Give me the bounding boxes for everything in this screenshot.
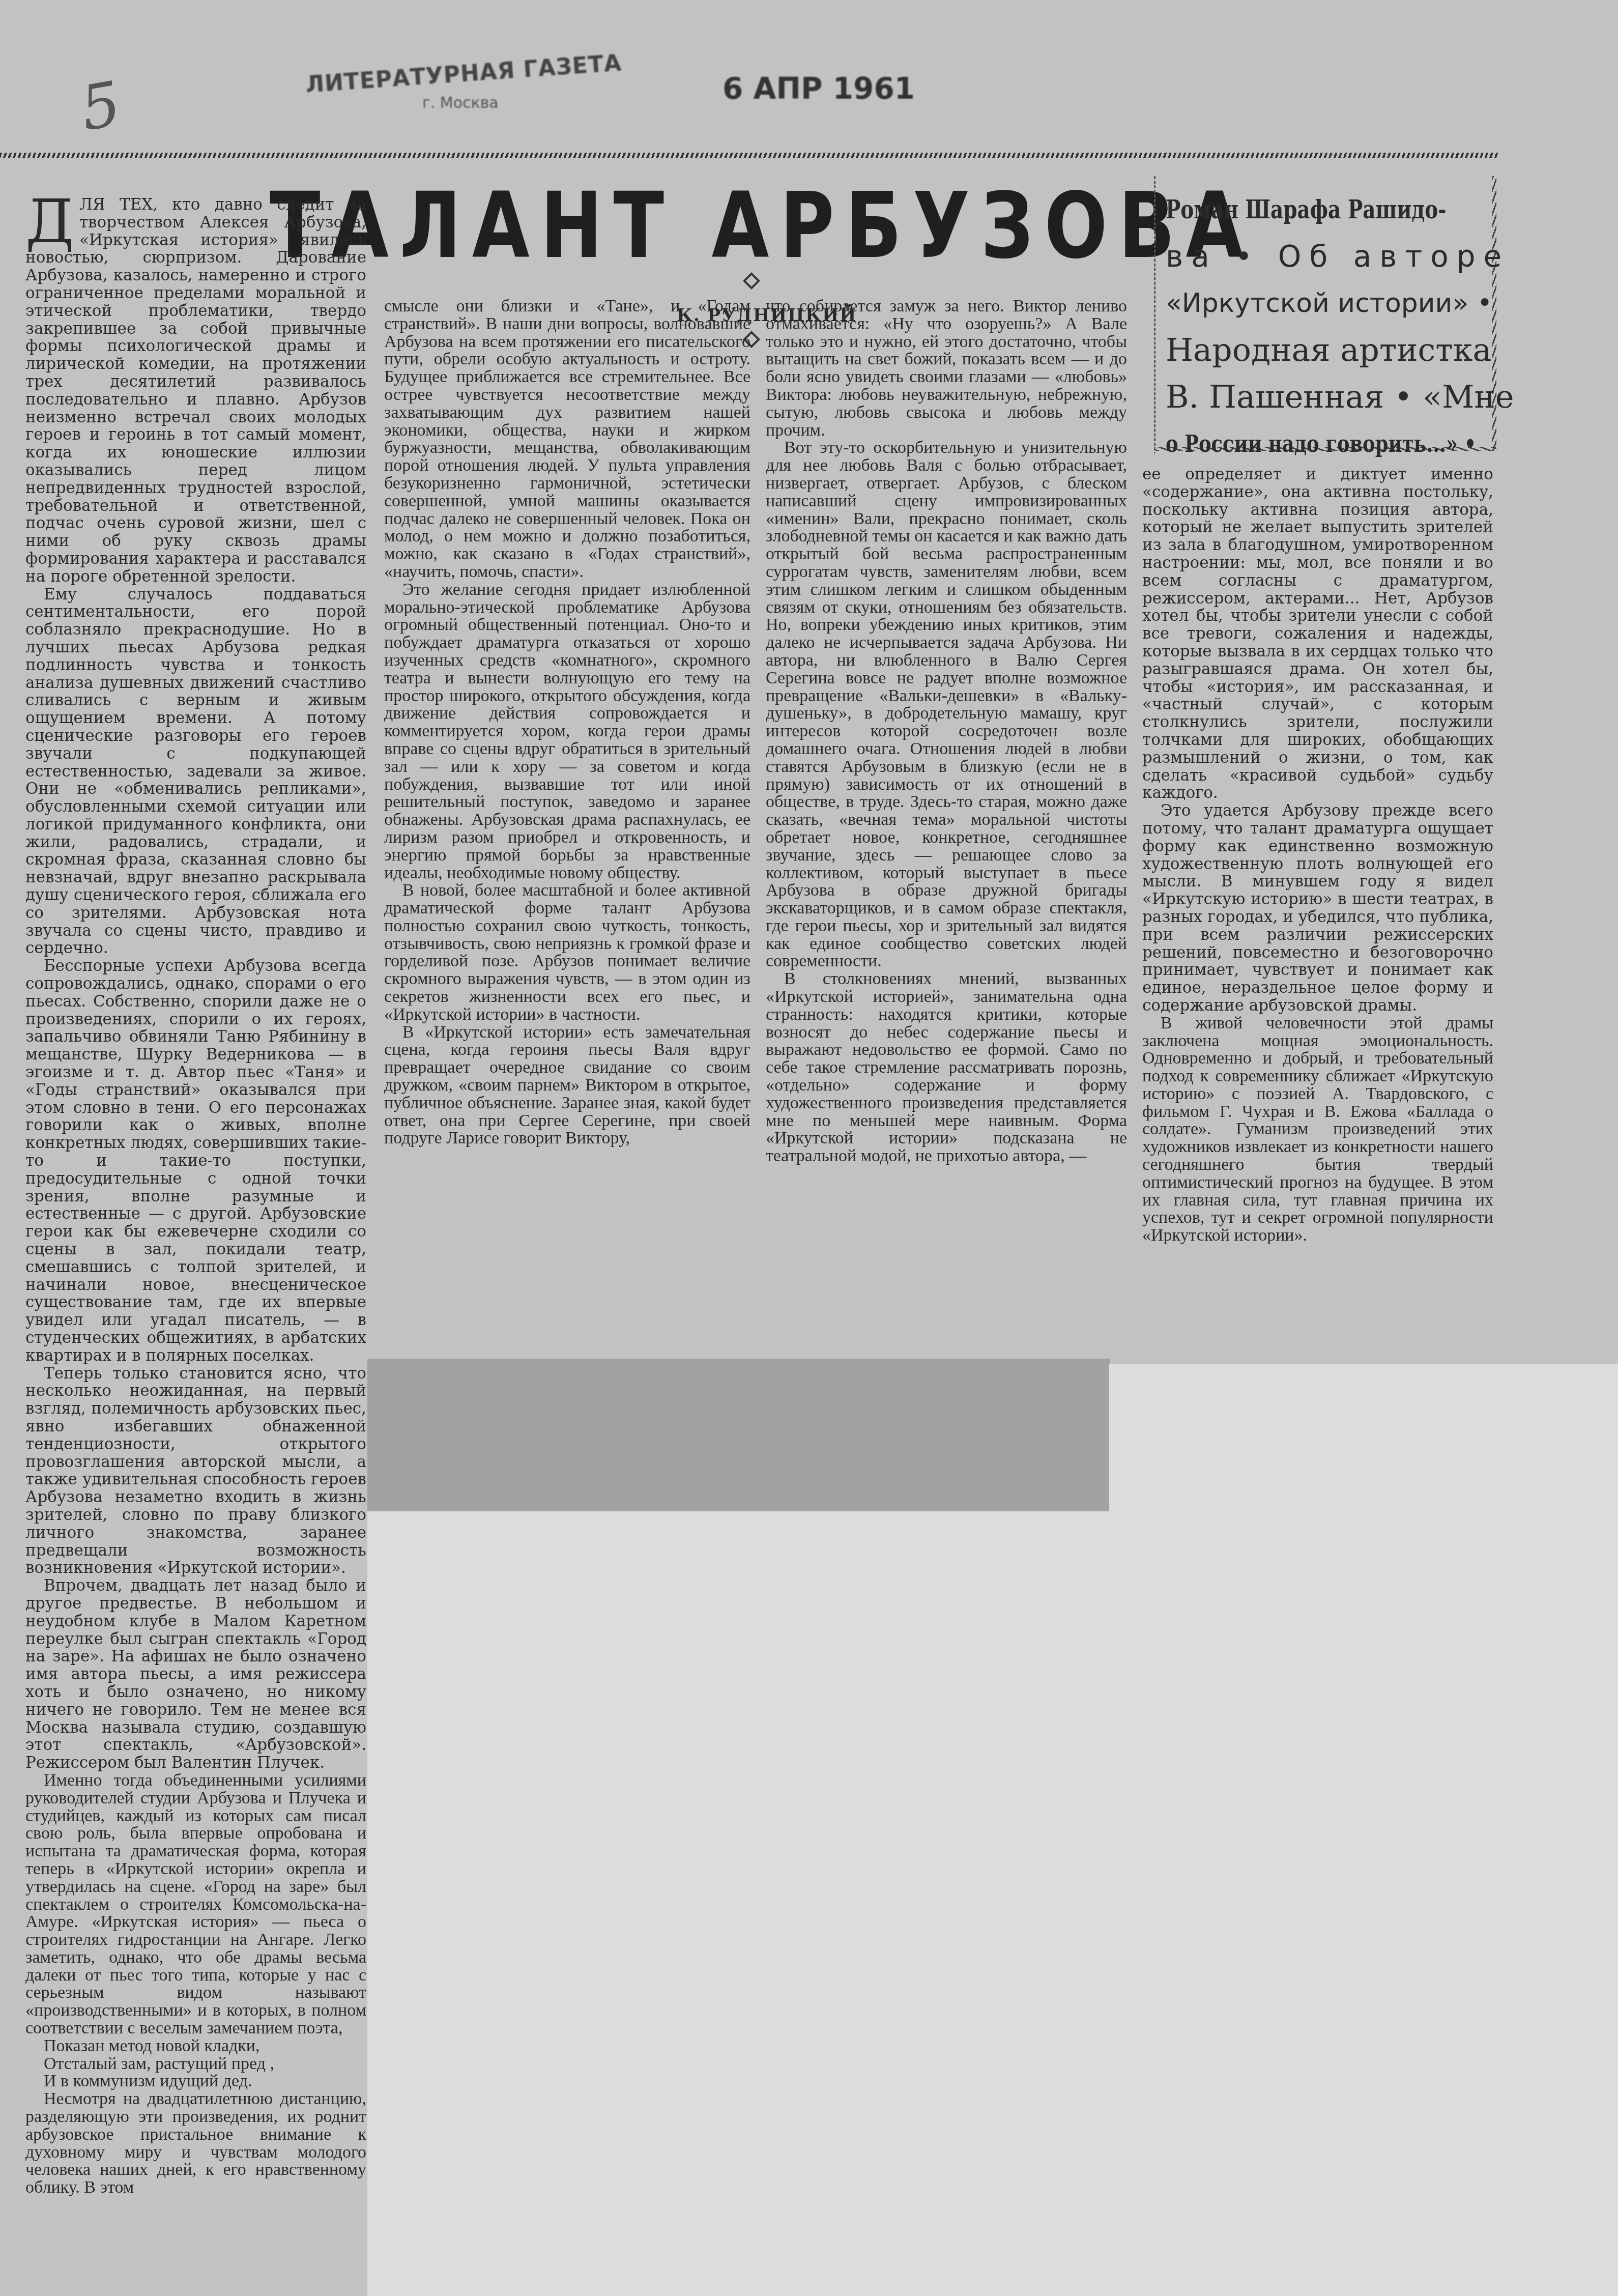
paragraph: Именно тогда объединенными усилиями руко… [25, 1772, 366, 2037]
drop-cap: Д [25, 196, 74, 247]
paragraph: смысле они близки и «Тане», и «Годам стр… [384, 298, 750, 581]
paragraph: В живой человечности этой драмы заключен… [1142, 1015, 1493, 1245]
empty-background [1109, 1364, 1618, 2296]
paragraph: В «Иркутской истории» есть замечательная… [384, 1024, 750, 1148]
article-column-1: ДЛЯ ТЕХ, кто давно следит за творчеством… [25, 196, 366, 2292]
paragraph: Несмотря на двадцатилетнюю дистанцию, ра… [25, 2090, 366, 2197]
city-stamp: г. Москва [422, 94, 499, 112]
verse-quote: Показан метод новой кладки, Отсталый зам… [25, 2037, 366, 2090]
paragraph: Впрочем, двадцать лет назад было и друго… [25, 1577, 366, 1772]
paragraph: Это желание сегодня придает излюбленной … [384, 581, 750, 882]
box-line: Роман Шарафа Рашидо- [1166, 186, 1412, 233]
hatched-rule [0, 153, 1498, 158]
verse-line: Отсталый зам, растущий пред , [25, 2055, 366, 2073]
box-line: В. Пашенная • «Мне [1166, 374, 1481, 420]
verse-line: Показан метод новой кладки, [25, 2037, 366, 2055]
paragraph: Ему случалось поддаваться сентиментально… [25, 586, 366, 958]
article-column-4: ее определяет и диктует именно «содержан… [1142, 466, 1493, 1366]
article-column-2: смысле они близки и «Тане», и «Годам стр… [384, 298, 750, 1364]
article-headline: ТАЛАНТ АРБУЗОВА [270, 173, 1254, 278]
paragraph: В столкновениях мнений, вызванных «Иркут… [766, 970, 1127, 1165]
verse-line: И в коммунизм идущий дед. [25, 2073, 366, 2090]
article-column-3: что собирается замуж за него. Виктор лен… [766, 298, 1127, 1364]
intro-paragraph: ДЛЯ ТЕХ, кто давно следит за творчеством… [25, 196, 366, 586]
paragraph: Бесспорные успехи Арбузова всегда сопров… [25, 957, 366, 1364]
box-line: Народная артистка [1166, 327, 1481, 374]
paragraph: Вот эту-то оскорбительную и унизительную… [766, 439, 1127, 970]
paragraph: Это удается Арбузову прежде всего потому… [1142, 802, 1493, 1015]
box-line: «Иркутской истории» • [1166, 280, 1481, 327]
date-stamp: 6 АПР 1961 [723, 71, 915, 106]
backing-card [367, 1359, 1110, 1511]
paragraph: В новой, более масштабной и более активн… [384, 882, 750, 1023]
box-line: ва • Об авторе [1166, 233, 1481, 280]
box-line: о России надо говорить...» • [1166, 420, 1418, 467]
contents-box: Роман Шарафа Рашидо- ва • Об авторе «Ирк… [1154, 176, 1500, 455]
paragraph: что собирается замуж за него. Виктор лен… [766, 298, 1127, 439]
paragraph: ее определяет и диктует именно «содержан… [1142, 466, 1493, 802]
paragraph: Теперь только становится ясно, что неско… [25, 1365, 366, 1577]
